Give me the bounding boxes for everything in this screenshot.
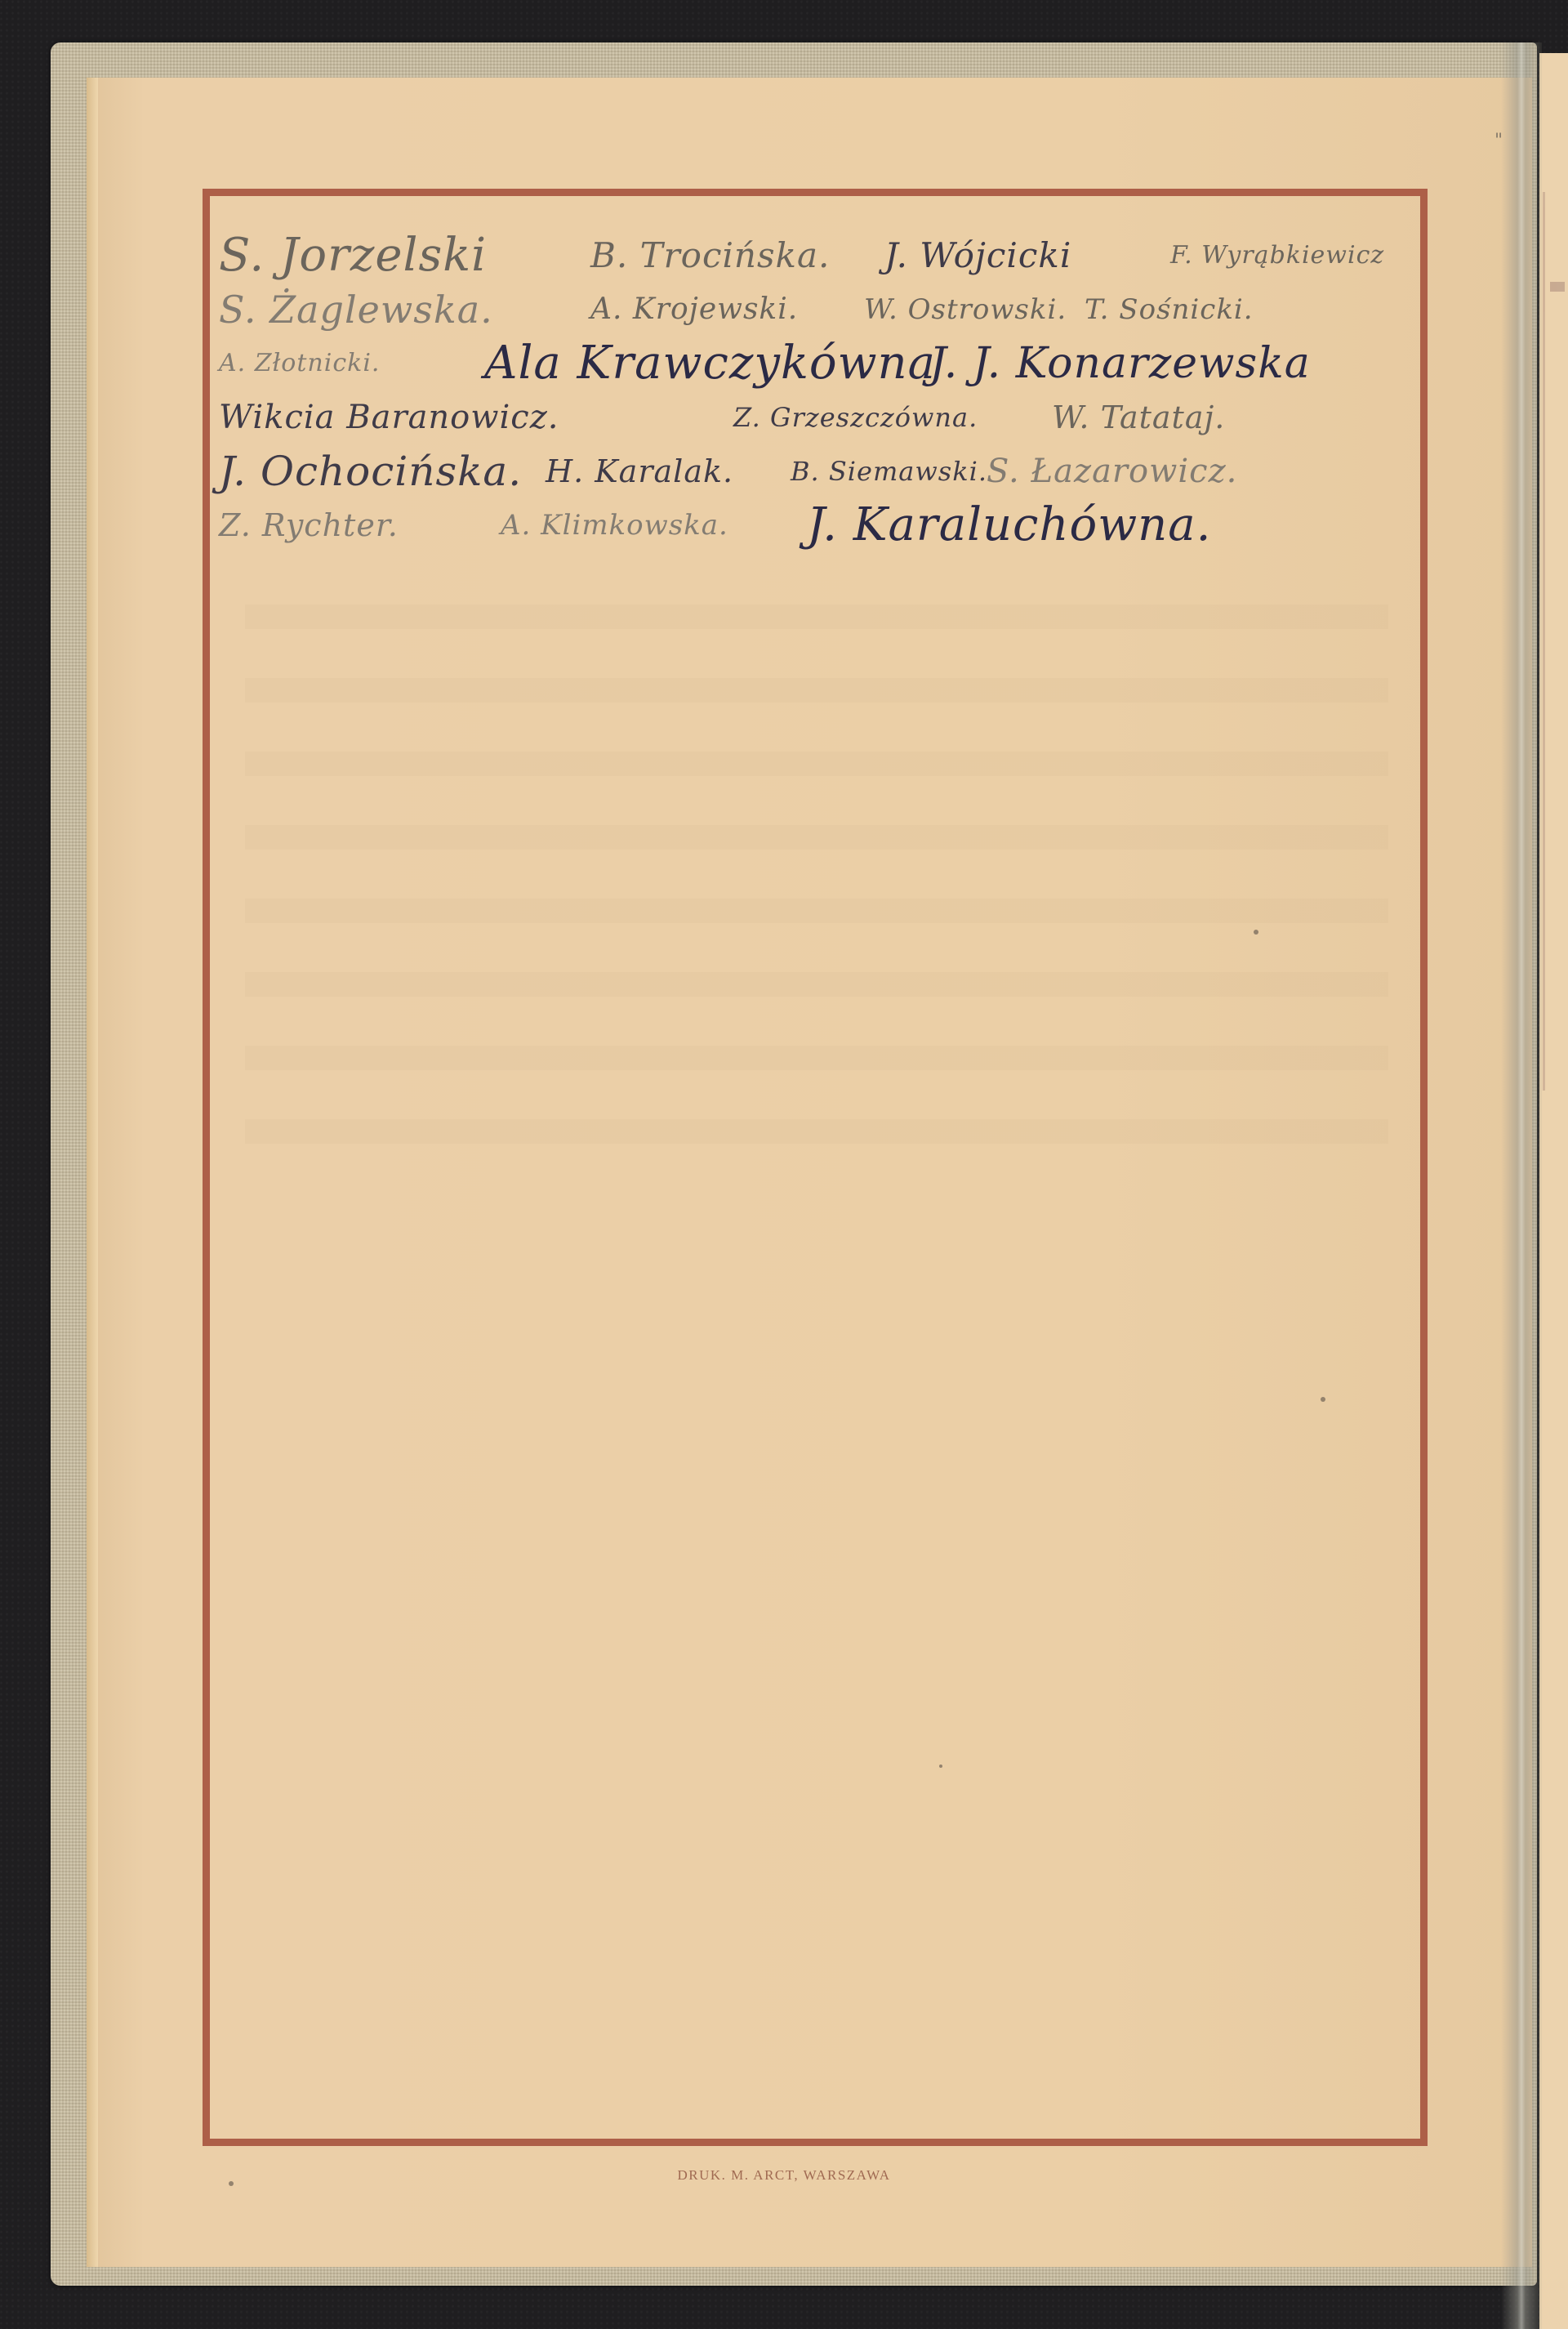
handwritten-signature: W. Ostrowski.: [864, 283, 1067, 337]
signature-line: Z. Rychter.A. Klimkowska.J. Karaluchówna…: [219, 498, 1411, 552]
handwritten-signature: H. Karalak.: [546, 444, 733, 498]
handwritten-signature: A. Złotnicki.: [219, 337, 380, 390]
handwritten-signature: S. Żaglewska.: [219, 283, 493, 337]
facing-page-edge: [1539, 53, 1568, 2329]
printer-imprint: DRUK. M. ARCT, WARSZAWA: [0, 2167, 1568, 2184]
handwritten-signature: J. Wójcicki: [884, 229, 1071, 283]
handwritten-signature: T. Sośnicki.: [1085, 283, 1254, 337]
handwritten-signature: F. Wyrąbkiewicz: [1170, 229, 1384, 283]
handwritten-signature: B. Trocińska.: [590, 229, 830, 283]
signature-line: A. Złotnicki.Ala KrawczykównaJ. J. Konar…: [219, 337, 1411, 390]
page-edge: [87, 78, 98, 2267]
handwritten-signature: B. Siemawski.: [791, 444, 987, 498]
paper-speck: [1321, 1397, 1325, 1402]
handwritten-signature: A. Krojewski.: [590, 283, 798, 337]
signature-line: S. JorzelskiB. Trocińska.J. WójcickiF. W…: [219, 229, 1411, 283]
facing-page-ornament: [1543, 192, 1568, 1091]
signature-line: S. Żaglewska.A. Krojewski.W. Ostrowski.T…: [219, 283, 1411, 337]
handwritten-signature: S. Jorzelski: [219, 229, 487, 283]
handwritten-signature: S. Łazarowicz.: [987, 444, 1237, 498]
signature-list: S. JorzelskiB. Trocińska.J. WójcickiF. W…: [219, 229, 1411, 552]
handwritten-signature: A. Klimkowska.: [501, 498, 728, 552]
paper-speck: [1254, 930, 1258, 935]
handwritten-signature: W. Tatataj.: [1052, 390, 1225, 444]
signature-line: J. Ochocińska.H. Karalak.B. Siemawski.S.…: [219, 444, 1411, 498]
handwritten-signature: J. Karaluchówna.: [807, 498, 1211, 552]
paper-speck: [939, 1765, 942, 1768]
handwritten-signature: Wikcia Baranowicz.: [219, 390, 559, 444]
handwritten-signature: Ala Krawczykówna: [484, 337, 936, 390]
pencil-margin-mark: ": [1494, 131, 1503, 151]
handwritten-signature: Z. Grzeszczówna.: [733, 390, 978, 444]
handwritten-signature: J. Ochocińska.: [219, 444, 522, 498]
book-gutter: [1501, 42, 1542, 2329]
signature-line: Wikcia Baranowicz.Z. Grzeszczówna.W. Tat…: [219, 390, 1411, 444]
handwritten-signature: J. J. Konarzewska: [929, 337, 1311, 390]
handwritten-signature: Z. Rychter.: [219, 498, 399, 552]
